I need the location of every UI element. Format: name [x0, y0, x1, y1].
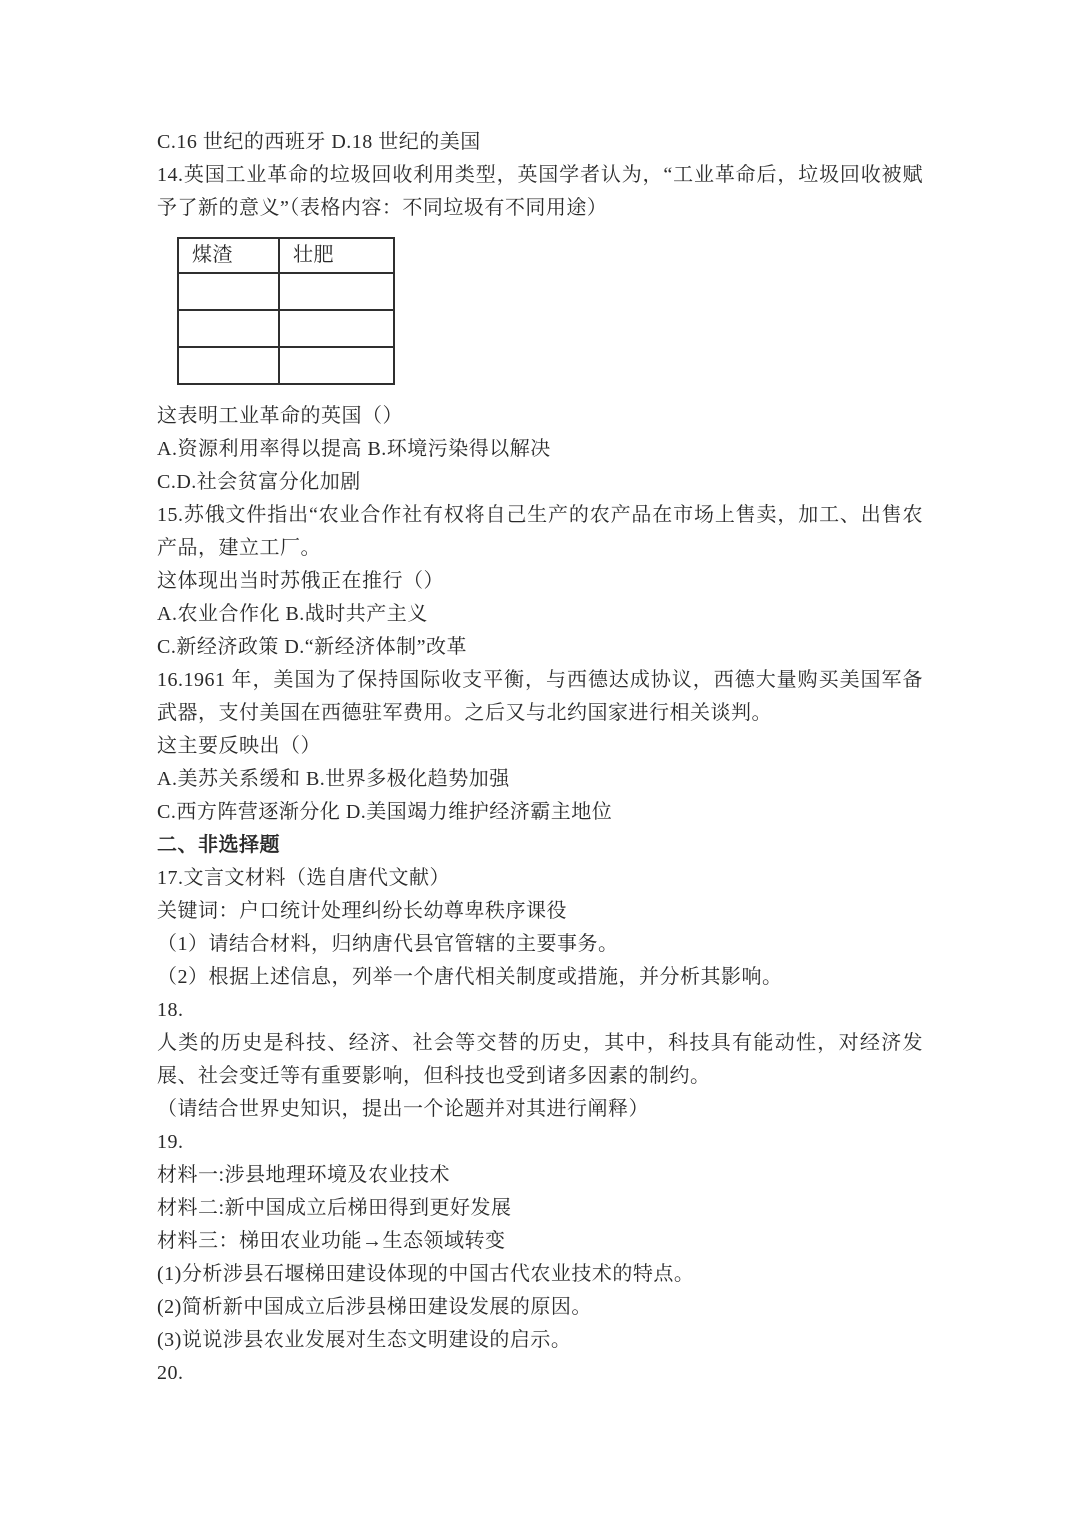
q14-table-empty-cell	[178, 273, 279, 310]
q19-material-2-line: 材料二:新中国成立后梯田得到更好发展	[157, 1192, 923, 1225]
q15-prompt-line: 这体现出当时苏俄正在推行（）	[157, 565, 923, 598]
exam-page: C.16 世纪的西班牙 D.18 世纪的美国 14.英国工业革命的垃圾回收利用类…	[0, 0, 1080, 1527]
q14-table-header-row: 煤渣 壮肥	[178, 238, 394, 273]
q14-stem-paragraph: 14.英国工业革命的垃圾回收利用类型，英国学者认为，“工业革命后，垃圾回收被赋予…	[157, 159, 923, 225]
q14-table-header-meizha: 煤渣	[178, 238, 279, 273]
q14-prompt-line: 这表明工业革命的英国（）	[157, 400, 923, 433]
q14-table-header-zhuangfei: 壮肥	[279, 238, 394, 273]
q14-table-empty-row	[178, 273, 394, 310]
q15-options-ab-line: A.农业合作化 B.战时共产主义	[157, 598, 923, 631]
q14-table-empty-cell	[279, 347, 394, 384]
section-2-heading: 二、非选择题	[157, 829, 923, 862]
q14-options-cd-line: C.D.社会贫富分化加剧	[157, 466, 923, 499]
q14-table-empty-cell	[178, 310, 279, 347]
q17-keywords-line: 关键词：户口统计处理纠纷长幼尊卑秩序课役	[157, 895, 923, 928]
q15-stem-paragraph: 15.苏俄文件指出“农业合作社有权将自己生产的农产品在市场上售卖，加工、出售农产…	[157, 499, 923, 565]
q20-number-line: 20.	[157, 1357, 923, 1390]
q19-material-1-line: 材料一:涉县地理环境及农业技术	[157, 1159, 923, 1192]
q16-stem-paragraph: 16.1961 年，美国为了保持国际收支平衡，与西德达成协议，西德大量购买美国军…	[157, 664, 923, 730]
q19-number-line: 19.	[157, 1126, 923, 1159]
q19-subquestion-2-line: (2)简析新中国成立后涉县梯田建设发展的原因。	[157, 1291, 923, 1324]
q16-options-cd-line: C.西方阵营逐渐分化 D.美国竭力维护经济霸主地位	[157, 796, 923, 829]
exam-body: C.16 世纪的西班牙 D.18 世纪的美国 14.英国工业革命的垃圾回收利用类…	[157, 0, 923, 1390]
q18-stem-paragraph: 人类的历史是科技、经济、社会等交替的历史，其中，科技具有能动性，对经济发展、社会…	[157, 1027, 923, 1093]
q14-table-empty-row	[178, 347, 394, 384]
q13-options-cd-line: C.16 世纪的西班牙 D.18 世纪的美国	[157, 126, 923, 159]
q15-options-cd-line: C.新经济政策 D.“新经济体制”改革	[157, 631, 923, 664]
q17-subquestion-1-line: （1）请结合材料，归纳唐代县官管辖的主要事务。	[157, 928, 923, 961]
q18-task-line: （请结合世界史知识，提出一个论题并对其进行阐释）	[157, 1093, 923, 1126]
q14-table-empty-cell	[178, 347, 279, 384]
q14-table: 煤渣 壮肥	[177, 237, 395, 385]
q14-table-empty-cell	[279, 273, 394, 310]
q19-subquestion-3-line: (3)说说涉县农业发展对生态文明建设的启示。	[157, 1324, 923, 1357]
q17-subquestion-2-line: （2）根据上述信息，列举一个唐代相关制度或措施，并分析其影响。	[157, 961, 923, 994]
q14-table-empty-row	[178, 310, 394, 347]
q14-options-ab-line: A.资源利用率得以提高 B.环境污染得以解决	[157, 433, 923, 466]
q19-subquestion-1-line: (1)分析涉县石堰梯田建设体现的中国古代农业技术的特点。	[157, 1258, 923, 1291]
q16-prompt-line: 这主要反映出（）	[157, 730, 923, 763]
q17-title-line: 17.文言文材料（选自唐代文献）	[157, 862, 923, 895]
q18-number-line: 18.	[157, 994, 923, 1027]
q19-material-3-line: 材料三：梯田农业功能→生态领域转变	[157, 1225, 923, 1258]
q14-table-empty-cell	[279, 310, 394, 347]
q16-options-ab-line: A.美苏关系缓和 B.世界多极化趋势加强	[157, 763, 923, 796]
